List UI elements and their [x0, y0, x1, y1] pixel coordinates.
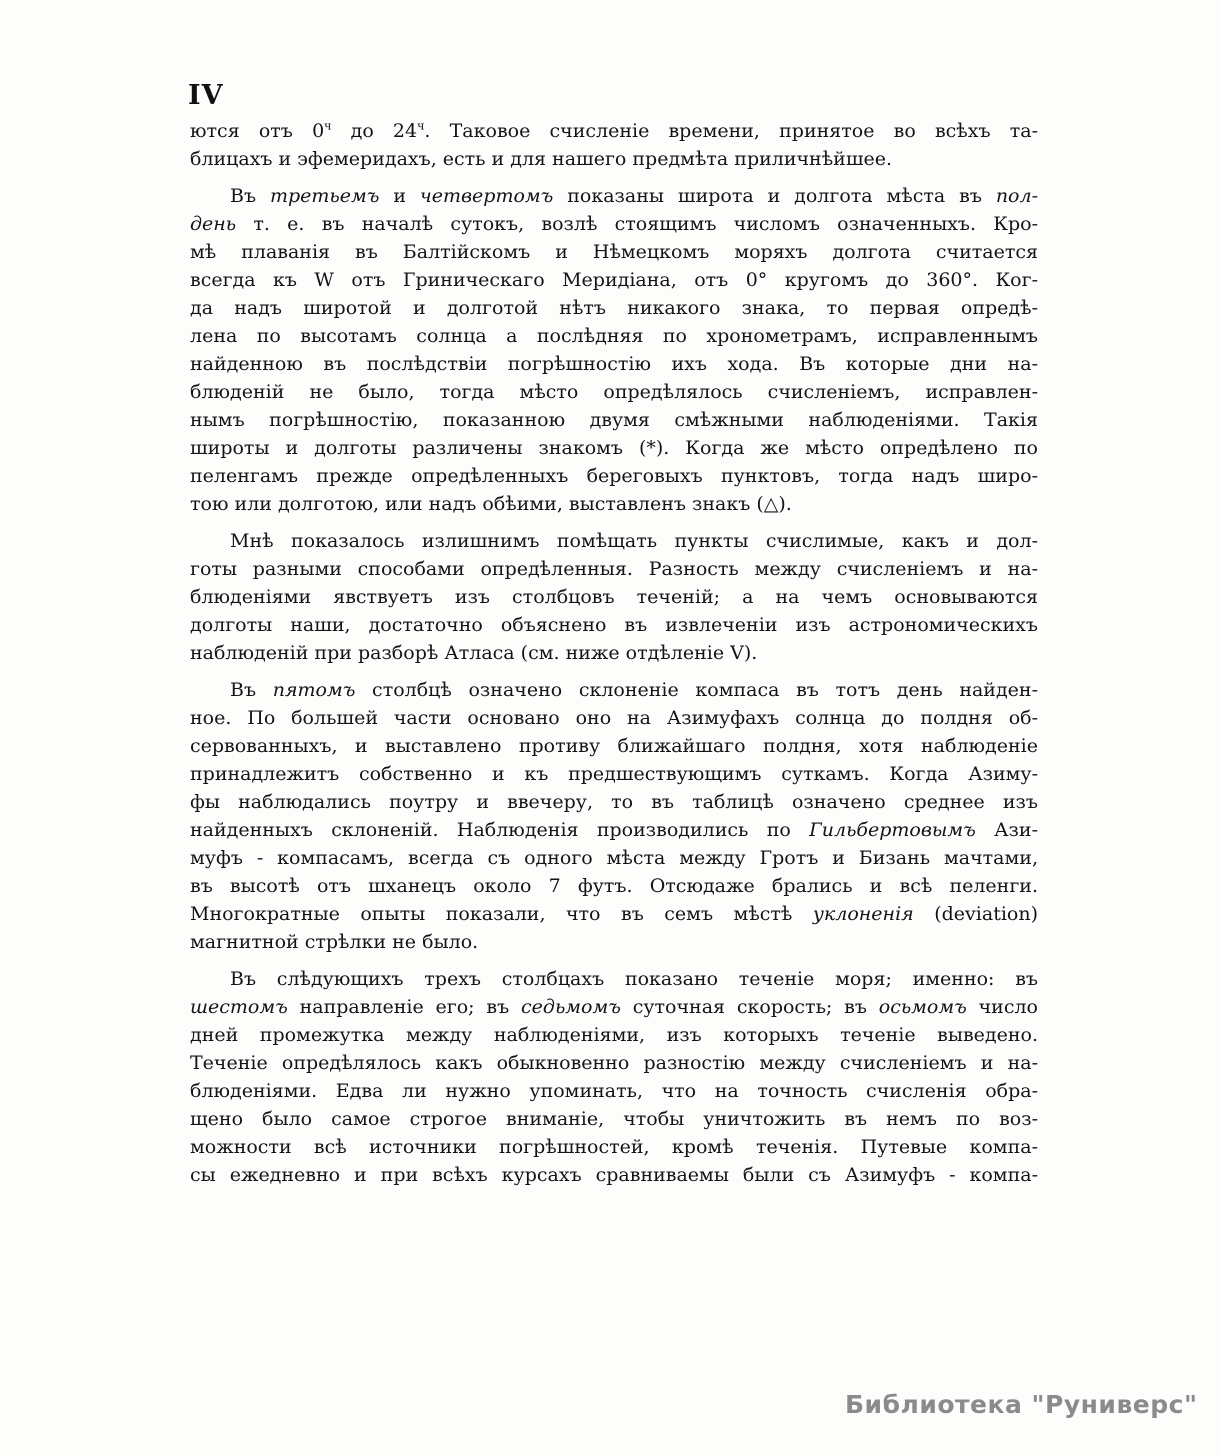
text-line: Въ пятомъ столбцѣ означено склоненіе ком…: [190, 676, 1038, 704]
text-segment: муфъ - компасамъ, всегда съ одного мѣста…: [190, 847, 1038, 869]
text-segment: мѣ плаванія въ Балтійскомъ и Нѣмецкомъ м…: [190, 241, 1038, 263]
text-segment: найденною въ послѣдствіи погрѣшностію их…: [190, 353, 1038, 375]
text-segment: ются отъ 0: [190, 120, 324, 142]
text-segment: показаны широта и долгота мѣста въ: [553, 185, 995, 207]
text-line: наблюденій при разборѣ Атласа (см. ниже …: [190, 639, 1038, 667]
text-segment: нымъ погрѣшностію, показанною двумя смѣж…: [190, 409, 1038, 431]
text-segment: можности всѣ источники погрѣшностей, кро…: [190, 1136, 1038, 1158]
text-line: найденною въ послѣдствіи погрѣшностію их…: [190, 350, 1038, 378]
text-segment: Теченіе опредѣлялось какъ обыкновенно ра…: [190, 1052, 1038, 1074]
text-segment: фы наблюдались поутру и ввечеру, то въ т…: [190, 791, 1038, 813]
text-segment: въ высотѣ отъ шханецъ около 7 футъ. Отсю…: [190, 875, 1038, 897]
text-segment: всегда къ W отъ Гриническаго Меридіана, …: [190, 269, 1038, 291]
text-line: нымъ погрѣшностію, показанною двумя смѣж…: [190, 406, 1038, 434]
text-segment: найденныхъ склоненій. Наблюденія произво…: [190, 819, 809, 841]
text-line: ное. По большей части основано оно на Аз…: [190, 704, 1038, 732]
text-line: широты и долготы различены знакомъ (*). …: [190, 434, 1038, 462]
text-line: ются отъ 0ч до 24ч. Таковое счисленіе вр…: [190, 117, 1038, 145]
text-segment: блюденіями. Едва ли нужно упоминать, что…: [190, 1080, 1038, 1102]
text-line: Въ слѣдующихъ трехъ столбцахъ показано т…: [190, 965, 1038, 993]
text-segment: долготы наши, достаточно объяснено въ из…: [190, 614, 1038, 636]
text-segment: сы ежедневно и при всѣхъ курсахъ сравнив…: [190, 1164, 1038, 1186]
italic-text-segment: Гильбертовымъ: [809, 819, 976, 841]
text-segment: ное. По большей части основано оно на Аз…: [190, 707, 1038, 729]
italic-text-segment: осьмомъ: [879, 996, 967, 1018]
text-line: пеленгамъ прежде опредѣленныхъ береговых…: [190, 462, 1038, 490]
italic-text-segment: седьмомъ: [521, 996, 621, 1018]
text-column: ются отъ 0ч до 24ч. Таковое счисленіе вр…: [190, 117, 1038, 1189]
text-line: долготы наши, достаточно объяснено въ из…: [190, 611, 1038, 639]
text-line: готы разными способами опредѣленныя. Раз…: [190, 555, 1038, 583]
text-segment: число: [967, 996, 1038, 1018]
text-line: принадлежитъ собственно и къ предшествую…: [190, 760, 1038, 788]
paragraph: ются отъ 0ч до 24ч. Таковое счисленіе вр…: [190, 117, 1038, 173]
text-line: блюденіями. Едва ли нужно упоминать, что…: [190, 1077, 1038, 1105]
text-segment: суточная скорость; въ: [621, 996, 879, 1018]
text-segment: . Таковое счисленіе времени, принятое во…: [424, 120, 1038, 142]
text-segment: тою или долготою, или надъ обѣими, выста…: [190, 493, 792, 515]
text-segment: сервованныхъ, и выставлено противу ближа…: [190, 735, 1038, 757]
paragraph: Мнѣ показалось излишнимъ помѣщать пункты…: [190, 527, 1038, 667]
italic-text-segment: пятомъ: [273, 679, 356, 701]
paragraph: Въ третьемъ и четвертомъ показаны широта…: [190, 182, 1038, 518]
text-line: блюденій не было, тогда мѣсто опредѣляло…: [190, 378, 1038, 406]
italic-text-segment: день: [190, 213, 236, 235]
text-segment: дней промежутка между наблюденіями, изъ …: [190, 1024, 1038, 1046]
book-page: IV ются отъ 0ч до 24ч. Таковое счисленіе…: [0, 0, 1219, 1456]
italic-text-segment: шестомъ: [190, 996, 288, 1018]
text-line: Мнѣ показалось излишнимъ помѣщать пункты…: [190, 527, 1038, 555]
text-line: дней промежутка между наблюденіями, изъ …: [190, 1021, 1038, 1049]
library-watermark: Библиотека "Руниверс": [845, 1390, 1197, 1419]
text-line: муфъ - компасамъ, всегда съ одного мѣста…: [190, 844, 1038, 872]
text-segment: и: [379, 185, 419, 207]
text-segment: пеленгамъ прежде опредѣленныхъ береговых…: [190, 465, 1038, 487]
text-segment: блюденіями явствуетъ изъ столбцовъ течен…: [190, 586, 1038, 608]
text-line: всегда къ W отъ Гриническаго Меридіана, …: [190, 266, 1038, 294]
text-line: сы ежедневно и при всѣхъ курсахъ сравнив…: [190, 1161, 1038, 1189]
text-segment: Въ: [230, 185, 270, 207]
text-segment: Многократные опыты показали, что въ семъ…: [190, 903, 813, 925]
text-segment: лена по высотамъ солнца а послѣдняя по х…: [190, 325, 1038, 347]
text-segment: принадлежитъ собственно и къ предшествую…: [190, 763, 1038, 785]
text-segment: блюденій не было, тогда мѣсто опредѣляло…: [190, 381, 1038, 403]
text-line: лена по высотамъ солнца а послѣдняя по х…: [190, 322, 1038, 350]
text-line: Многократные опыты показали, что въ семъ…: [190, 900, 1038, 928]
text-segment: да надъ широтой и долготой нѣтъ никакого…: [190, 297, 1038, 319]
italic-text-segment: третьемъ: [270, 185, 379, 207]
text-line: блицахъ и эфемеридахъ, есть и для нашего…: [190, 145, 1038, 173]
text-line: тою или долготою, или надъ обѣими, выста…: [190, 490, 1038, 518]
text-line: сервованныхъ, и выставлено противу ближа…: [190, 732, 1038, 760]
text-line: блюденіями явствуетъ изъ столбцовъ течен…: [190, 583, 1038, 611]
text-segment: блицахъ и эфемеридахъ, есть и для нашего…: [190, 148, 892, 170]
text-line: магнитной стрѣлки не было.: [190, 928, 1038, 956]
text-segment: направленіе его; въ: [288, 996, 521, 1018]
page-number: IV: [188, 80, 224, 111]
text-line: мѣ плаванія въ Балтійскомъ и Нѣмецкомъ м…: [190, 238, 1038, 266]
italic-text-segment: уклоненія: [813, 903, 914, 925]
paragraph: Въ слѣдующихъ трехъ столбцахъ показано т…: [190, 965, 1038, 1189]
text-line: щено было самое строгое вниманіе, чтобы …: [190, 1105, 1038, 1133]
text-line: можности всѣ источники погрѣшностей, кро…: [190, 1133, 1038, 1161]
text-segment: т. е. въ началѣ сутокъ, возлѣ стоящимъ ч…: [236, 213, 1038, 235]
text-segment: Въ слѣдующихъ трехъ столбцахъ показано т…: [230, 968, 1038, 990]
text-segment: (deviation): [914, 903, 1038, 925]
text-segment: до 24: [331, 120, 417, 142]
italic-text-segment: четвертомъ: [420, 185, 553, 207]
text-line: въ высотѣ отъ шханецъ около 7 футъ. Отсю…: [190, 872, 1038, 900]
text-segment: Въ: [230, 679, 273, 701]
text-segment: готы разными способами опредѣленныя. Раз…: [190, 558, 1038, 580]
text-line: шестомъ направленіе его; въ седьмомъ сут…: [190, 993, 1038, 1021]
text-line: найденныхъ склоненій. Наблюденія произво…: [190, 816, 1038, 844]
text-line: фы наблюдались поутру и ввечеру, то въ т…: [190, 788, 1038, 816]
text-segment: наблюденій при разборѣ Атласа (см. ниже …: [190, 642, 757, 664]
text-segment: широты и долготы различены знакомъ (*). …: [190, 437, 1038, 459]
paragraph: Въ пятомъ столбцѣ означено склоненіе ком…: [190, 676, 1038, 956]
text-segment: Ази-: [976, 819, 1038, 841]
text-line: Теченіе опредѣлялось какъ обыкновенно ра…: [190, 1049, 1038, 1077]
text-segment: Мнѣ показалось излишнимъ помѣщать пункты…: [230, 530, 1038, 552]
text-segment: магнитной стрѣлки не было.: [190, 931, 478, 953]
text-segment: столбцѣ означено склоненіе компаса въ то…: [355, 679, 1038, 701]
text-line: Въ третьемъ и четвертомъ показаны широта…: [190, 182, 1038, 210]
italic-text-segment: пол-: [996, 185, 1038, 207]
text-line: да надъ широтой и долготой нѣтъ никакого…: [190, 294, 1038, 322]
text-segment: щено было самое строгое вниманіе, чтобы …: [190, 1108, 1038, 1130]
text-line: день т. е. въ началѣ сутокъ, возлѣ стоящ…: [190, 210, 1038, 238]
